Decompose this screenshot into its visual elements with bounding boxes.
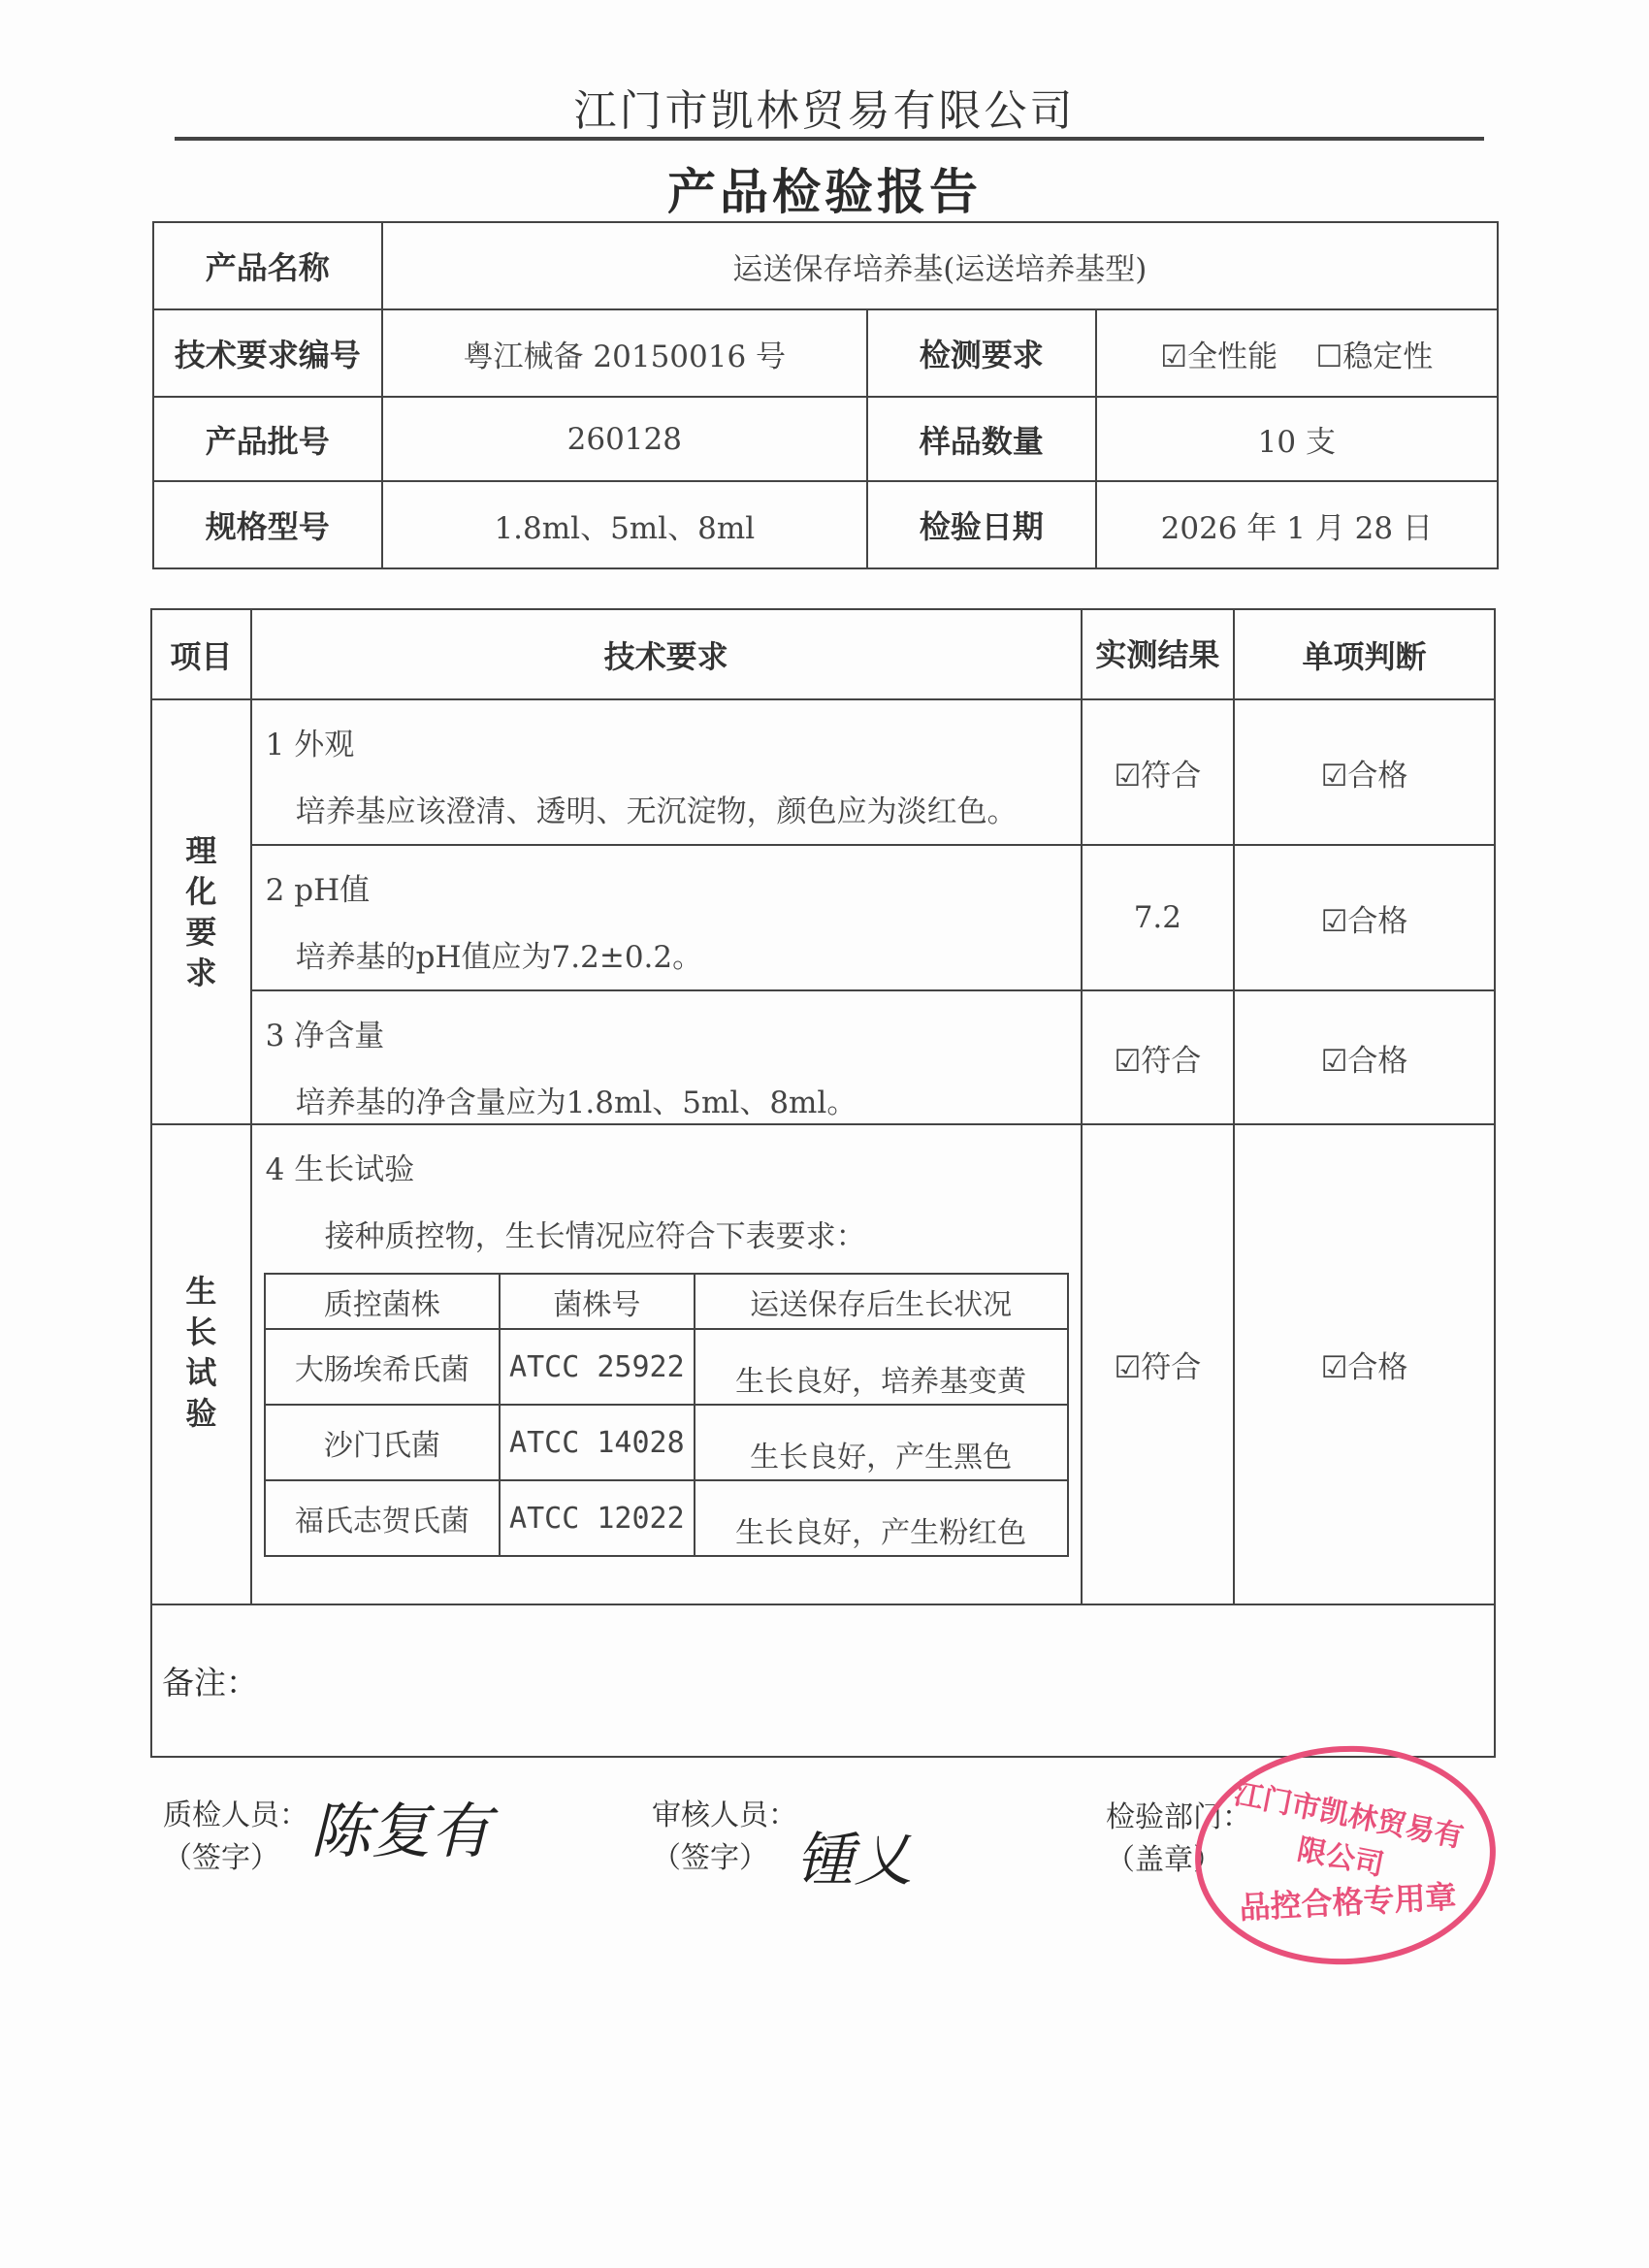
report-title: 产品检验报告 bbox=[0, 153, 1649, 223]
qc-growth: 生长良好，产生粉红色 bbox=[695, 1480, 1068, 1556]
qc-header-strain-no: 菌株号 bbox=[500, 1274, 695, 1329]
remark-cell: 备注： bbox=[151, 1604, 1495, 1757]
result-appearance: ☑符合 bbox=[1082, 699, 1234, 845]
qc-row: 大肠埃希氏菌 ATCC 25922 生长良好，培养基变黄 bbox=[265, 1329, 1068, 1405]
inspector-label: 质检人员： bbox=[163, 1795, 308, 1837]
results-table: 项目 技术要求 实测结果 单项判断 理化要求 1 外观 培养基应该澄清、透明、无… bbox=[150, 608, 1496, 1758]
table-row: 3 净含量 培养基的净含量应为1.8ml、5ml、8ml。 ☑符合 ☑合格 bbox=[151, 990, 1495, 1124]
item-desc: 培养基的净含量应为1.8ml、5ml、8ml。 bbox=[296, 1078, 1081, 1121]
item-title: 1 外观 bbox=[266, 720, 1081, 763]
judgement-net-content: ☑合格 bbox=[1234, 990, 1495, 1124]
sample-qty-label: 样品数量 bbox=[867, 397, 1096, 481]
result-net-content: ☑符合 bbox=[1082, 990, 1234, 1124]
product-info-table: 产品名称 运送保存培养基(运送培养基型) 技术要求编号 粤江械备 2015001… bbox=[152, 221, 1499, 569]
reviewer-signature: 锺乂 bbox=[795, 1814, 912, 1897]
qc-strain-no: ATCC 25922 bbox=[500, 1329, 695, 1405]
qc-strain-no: ATCC 14028 bbox=[500, 1405, 695, 1480]
qc-header-growth: 运送保存后生长状况 bbox=[695, 1274, 1068, 1329]
requirement-ph: 2 pH值 培养基的pH值应为7.2±0.2。 bbox=[251, 845, 1082, 990]
item-desc: 接种质控物，生长情况应符合下表要求： bbox=[325, 1212, 1081, 1255]
item-title: 3 净含量 bbox=[266, 1011, 1081, 1054]
stamp-purpose-text: 品控合格专用章 bbox=[1202, 1870, 1493, 1930]
reviewer-label: 审核人员： bbox=[652, 1795, 797, 1837]
qc-strain: 福氏志贺氏菌 bbox=[265, 1480, 500, 1556]
test-req-label: 检测要求 bbox=[867, 309, 1096, 397]
spec-value: 1.8ml、5ml、8ml bbox=[382, 481, 867, 568]
qc-growth: 生长良好，培养基变黄 bbox=[695, 1329, 1068, 1405]
result-growth: ☑符合 bbox=[1082, 1124, 1234, 1604]
col-header-judgement: 单项判断 bbox=[1234, 609, 1495, 699]
spec-label: 规格型号 bbox=[153, 481, 382, 568]
requirement-net-content: 3 净含量 培养基的净含量应为1.8ml、5ml、8ml。 bbox=[251, 990, 1082, 1124]
qc-growth: 生长良好，产生黑色 bbox=[695, 1405, 1068, 1480]
product-name-value: 运送保存培养基(运送培养基型) bbox=[382, 222, 1498, 309]
table-row: 生长试验 4 生长试验 接种质控物，生长情况应符合下表要求： 质控菌株 菌株号 … bbox=[151, 1124, 1495, 1604]
item-desc: 培养基的pH值应为7.2±0.2。 bbox=[296, 932, 1081, 976]
group-physchem-label: 理化要求 bbox=[184, 830, 217, 993]
qc-strain-table: 质控菌株 菌株号 运送保存后生长状况 大肠埃希氏菌 ATCC 25922 生长良… bbox=[264, 1273, 1069, 1557]
item-title: 4 生长试验 bbox=[266, 1145, 1081, 1188]
qc-strain: 大肠埃希氏菌 bbox=[265, 1329, 500, 1405]
qc-row: 沙门氏菌 ATCC 14028 生长良好，产生黑色 bbox=[265, 1405, 1068, 1480]
inspector-signature: 陈复有 bbox=[310, 1783, 491, 1869]
remark-label: 备注： bbox=[162, 1664, 258, 1701]
test-date-label: 检验日期 bbox=[867, 481, 1096, 568]
product-name-label: 产品名称 bbox=[153, 222, 382, 309]
col-header-result: 实测结果 bbox=[1082, 609, 1234, 699]
reviewer-block: 审核人员： （签字） bbox=[652, 1795, 797, 1880]
item-desc: 培养基应该澄清、透明、无沉淀物，颜色应为淡红色。 bbox=[296, 787, 1081, 830]
qc-strain-no: ATCC 12022 bbox=[500, 1480, 695, 1556]
item-title: 2 pH值 bbox=[266, 865, 1081, 909]
header-divider bbox=[175, 137, 1484, 141]
judgement-appearance: ☑合格 bbox=[1234, 699, 1495, 845]
reviewer-sub: （签字） bbox=[652, 1837, 797, 1880]
tech-no-label: 技术要求编号 bbox=[153, 309, 382, 397]
inspector-block: 质检人员： （签字） bbox=[163, 1795, 308, 1880]
company-stamp: 江门市凯林贸易有限公司 品控合格专用章 bbox=[1189, 1738, 1501, 1972]
tech-no-value: 粤江械备 20150016 号 bbox=[382, 309, 867, 397]
group-growth: 生长试验 bbox=[151, 1124, 251, 1604]
table-row: 理化要求 1 外观 培养基应该澄清、透明、无沉淀物，颜色应为淡红色。 ☑符合 ☑… bbox=[151, 699, 1495, 845]
requirement-appearance: 1 外观 培养基应该澄清、透明、无沉淀物，颜色应为淡红色。 bbox=[251, 699, 1082, 845]
requirement-growth: 4 生长试验 接种质控物，生长情况应符合下表要求： 质控菌株 菌株号 运送保存后… bbox=[251, 1124, 1082, 1604]
col-header-item: 项目 bbox=[151, 609, 251, 699]
qc-header-strain: 质控菌株 bbox=[265, 1274, 500, 1329]
result-ph: 7.2 bbox=[1082, 845, 1234, 990]
checkbox-stability[interactable]: ☐稳定性 bbox=[1316, 340, 1434, 374]
batch-label: 产品批号 bbox=[153, 397, 382, 481]
judgement-growth: ☑合格 bbox=[1234, 1124, 1495, 1604]
inspector-sub: （签字） bbox=[163, 1837, 308, 1880]
qc-row: 福氏志贺氏菌 ATCC 12022 生长良好，产生粉红色 bbox=[265, 1480, 1068, 1556]
test-date-value: 2026 年 1 月 28 日 bbox=[1096, 481, 1498, 568]
company-name: 江门市凯林贸易有限公司 bbox=[0, 76, 1649, 138]
group-growth-label: 生长试验 bbox=[184, 1271, 217, 1434]
sample-qty-value: 10 支 bbox=[1096, 397, 1498, 481]
qc-strain: 沙门氏菌 bbox=[265, 1405, 500, 1480]
test-req-options: ☑全性能 ☐稳定性 bbox=[1096, 309, 1498, 397]
group-physchem: 理化要求 bbox=[151, 699, 251, 1124]
col-header-requirement: 技术要求 bbox=[251, 609, 1082, 699]
batch-value: 260128 bbox=[382, 397, 867, 481]
table-row: 2 pH值 培养基的pH值应为7.2±0.2。 7.2 ☑合格 bbox=[151, 845, 1495, 990]
judgement-ph: ☑合格 bbox=[1234, 845, 1495, 990]
checkbox-full-performance[interactable]: ☑全性能 bbox=[1160, 340, 1277, 374]
